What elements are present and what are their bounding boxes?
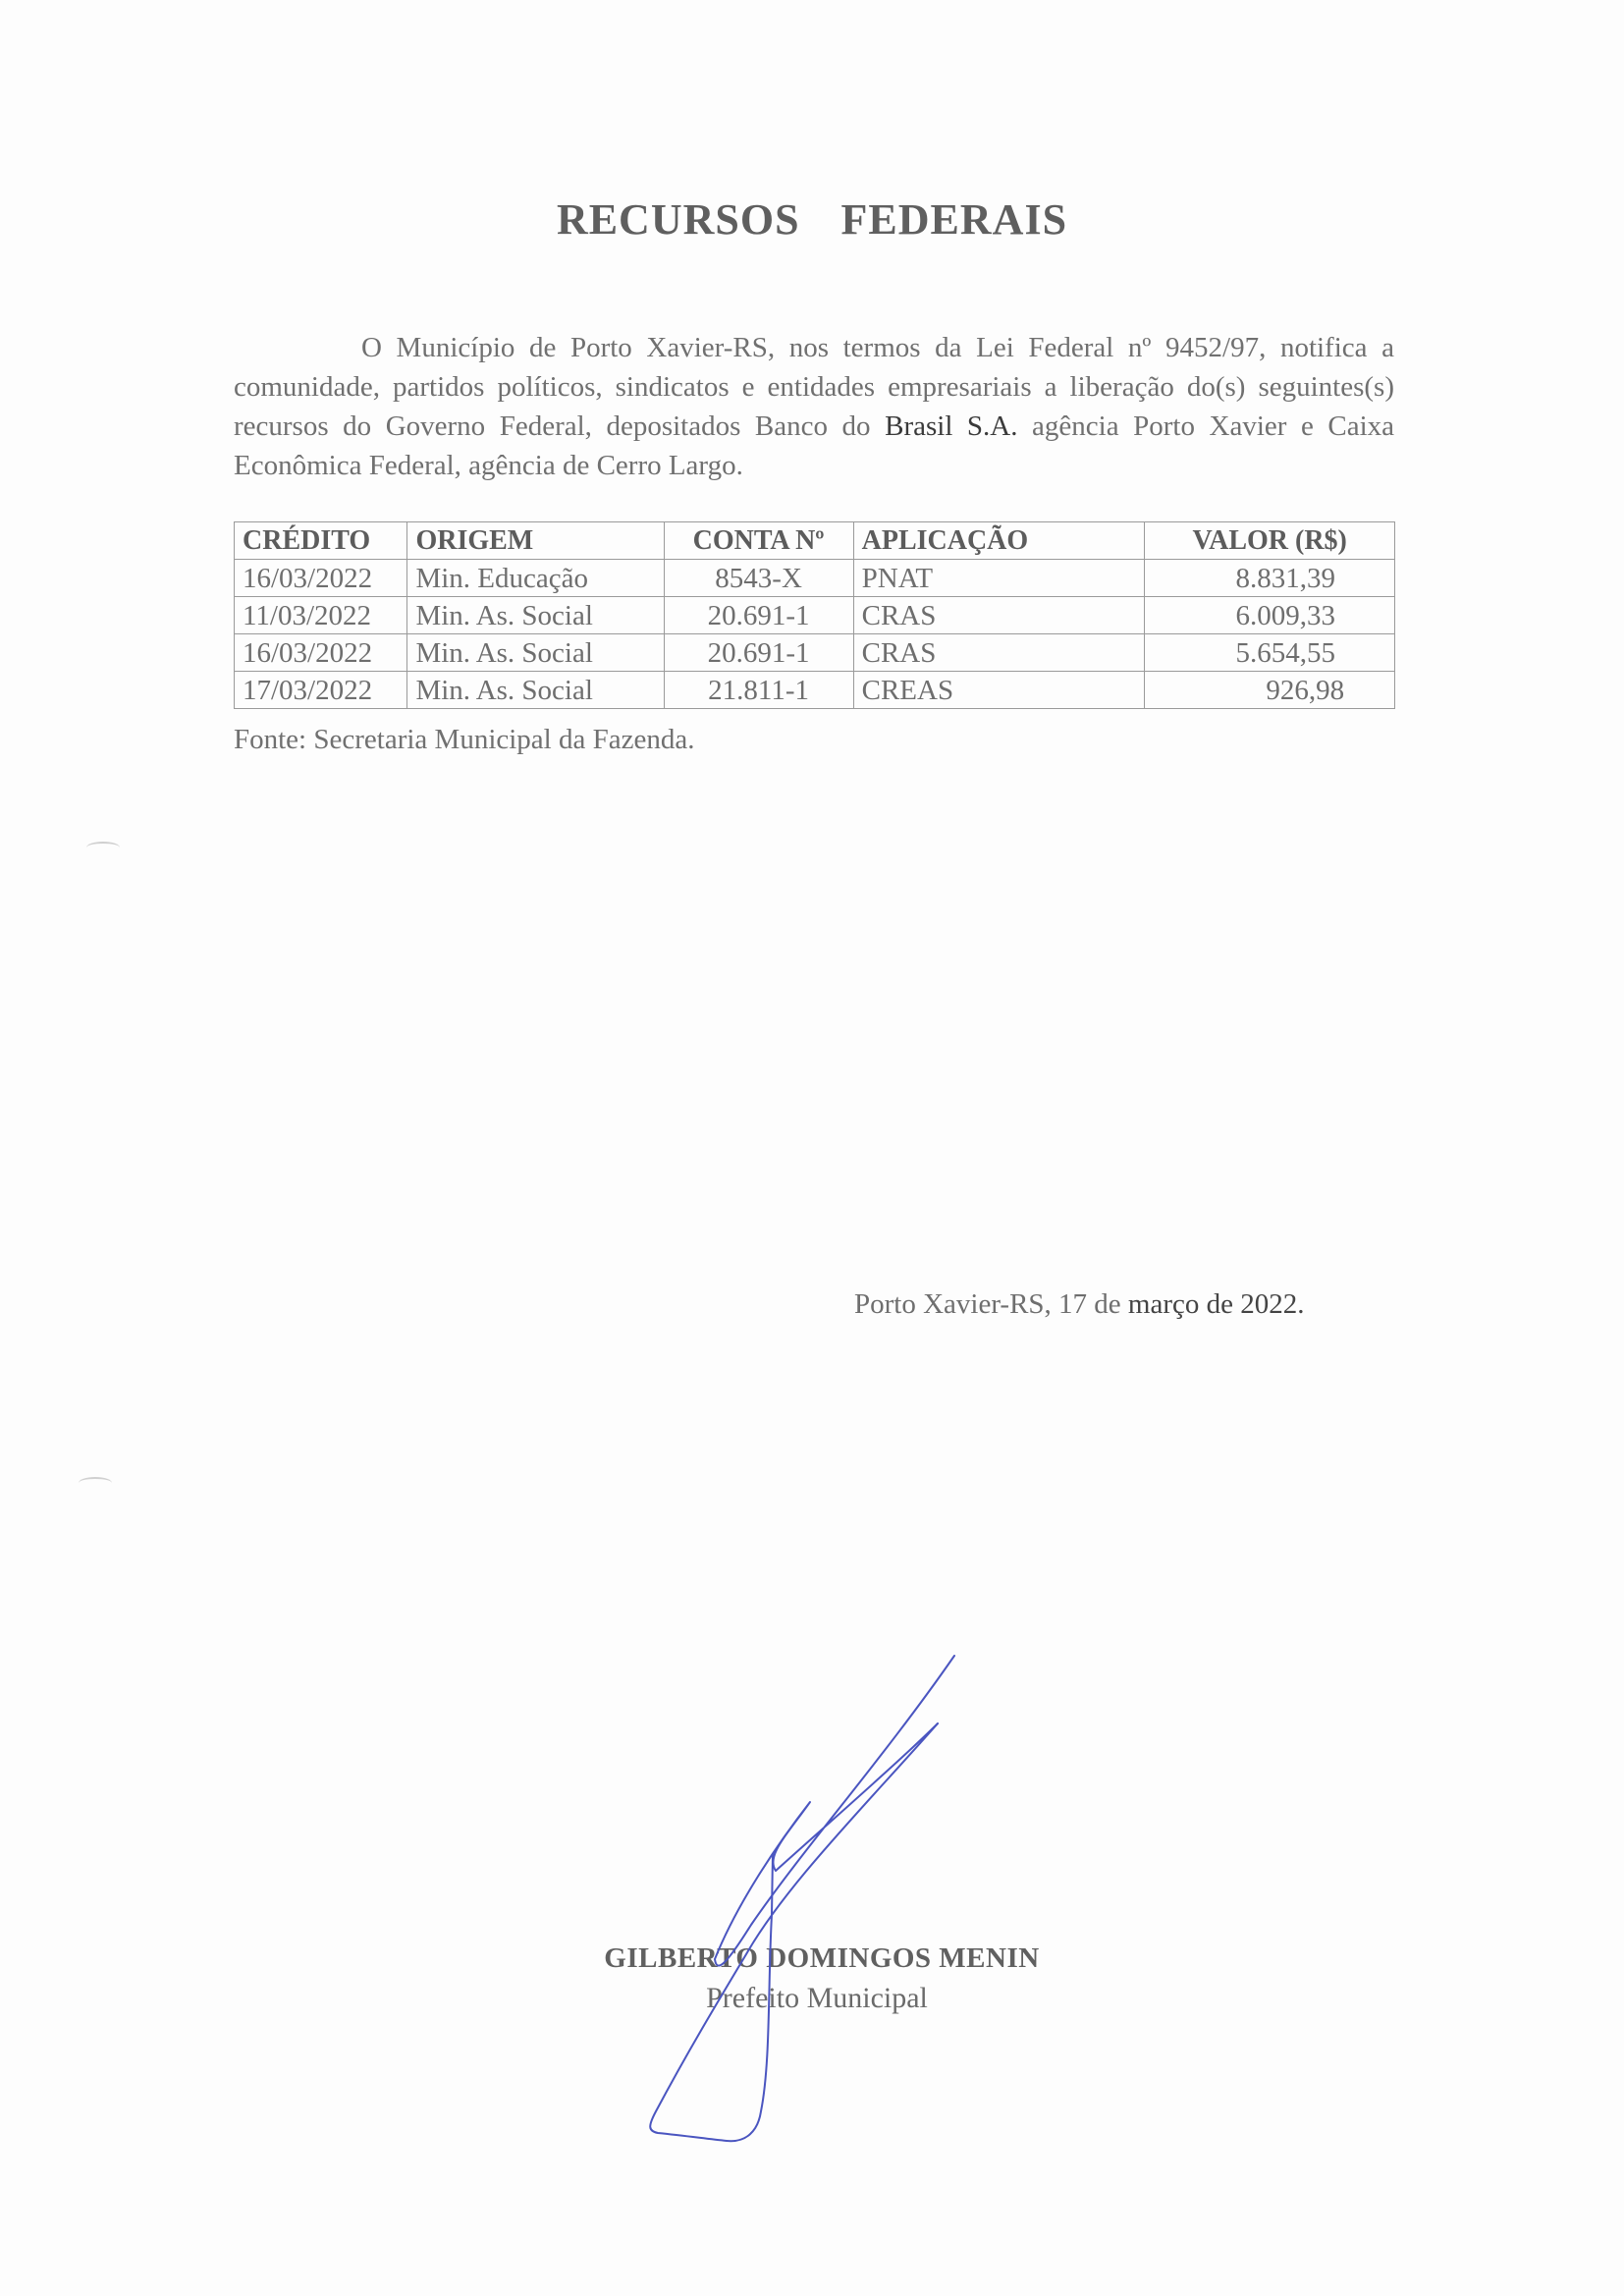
cell-aplicacao: CREAS [853, 672, 1145, 709]
table-row: 16/03/2022 Min. Educação 8543-X PNAT 8.8… [235, 560, 1395, 597]
table-header-row: CRÉDITO ORIGEM CONTA Nº APLICAÇÃO VALOR … [235, 522, 1395, 560]
cell-credito: 16/03/2022 [235, 634, 407, 672]
header-aplicacao: APLICAÇÃO [853, 522, 1145, 560]
cell-credito: 17/03/2022 [235, 672, 407, 709]
scan-punch-mark [86, 842, 120, 853]
paragraph-bank-name: Brasil S.A. [885, 410, 1017, 442]
cell-aplicacao: CRAS [853, 597, 1145, 634]
cell-conta: 21.811-1 [664, 672, 853, 709]
cell-aplicacao: CRAS [853, 634, 1145, 672]
federal-resources-table: CRÉDITO ORIGEM CONTA Nº APLICAÇÃO VALOR … [234, 521, 1395, 709]
signatory-name: GILBERTO DOMINGOS MENIN [0, 1942, 1624, 1975]
header-credito: CRÉDITO [235, 522, 407, 560]
cell-origem: Min. As. Social [407, 672, 664, 709]
header-valor: VALOR (R$) [1145, 522, 1395, 560]
cell-credito: 16/03/2022 [235, 560, 407, 597]
table-row: 17/03/2022 Min. As. Social 21.811-1 CREA… [235, 672, 1395, 709]
place-text: Porto Xavier-RS, 17 de [854, 1288, 1128, 1320]
cell-conta: 8543-X [664, 560, 853, 597]
document-title: RECURSOS FEDERAIS [0, 194, 1624, 245]
cell-conta: 20.691-1 [664, 634, 853, 672]
table-source-note: Fonte: Secretaria Municipal da Fazenda. [234, 724, 694, 756]
table-row: 16/03/2022 Min. As. Social 20.691-1 CRAS… [235, 634, 1395, 672]
cell-credito: 11/03/2022 [235, 597, 407, 634]
cell-valor: 8.831,39 [1145, 560, 1395, 597]
cell-valor: 6.009,33 [1145, 597, 1395, 634]
place-and-date: Porto Xavier-RS, 17 de março de 2022. [854, 1288, 1305, 1321]
cell-origem: Min. As. Social [407, 597, 664, 634]
table-row: 11/03/2022 Min. As. Social 20.691-1 CRAS… [235, 597, 1395, 634]
cell-origem: Min. Educação [407, 560, 664, 597]
cell-valor: 5.654,55 [1145, 634, 1395, 672]
date-text: março de 2022. [1128, 1288, 1305, 1320]
cell-valor: 926,98 [1145, 672, 1395, 709]
notice-paragraph: O Município de Porto Xavier-RS, nos term… [234, 328, 1394, 485]
signatory-role: Prefeito Municipal [0, 1982, 1624, 2015]
cell-aplicacao: PNAT [853, 560, 1145, 597]
header-origem: ORIGEM [407, 522, 664, 560]
header-conta: CONTA Nº [664, 522, 853, 560]
cell-origem: Min. As. Social [407, 634, 664, 672]
scan-punch-mark [79, 1477, 112, 1489]
cell-conta: 20.691-1 [664, 597, 853, 634]
